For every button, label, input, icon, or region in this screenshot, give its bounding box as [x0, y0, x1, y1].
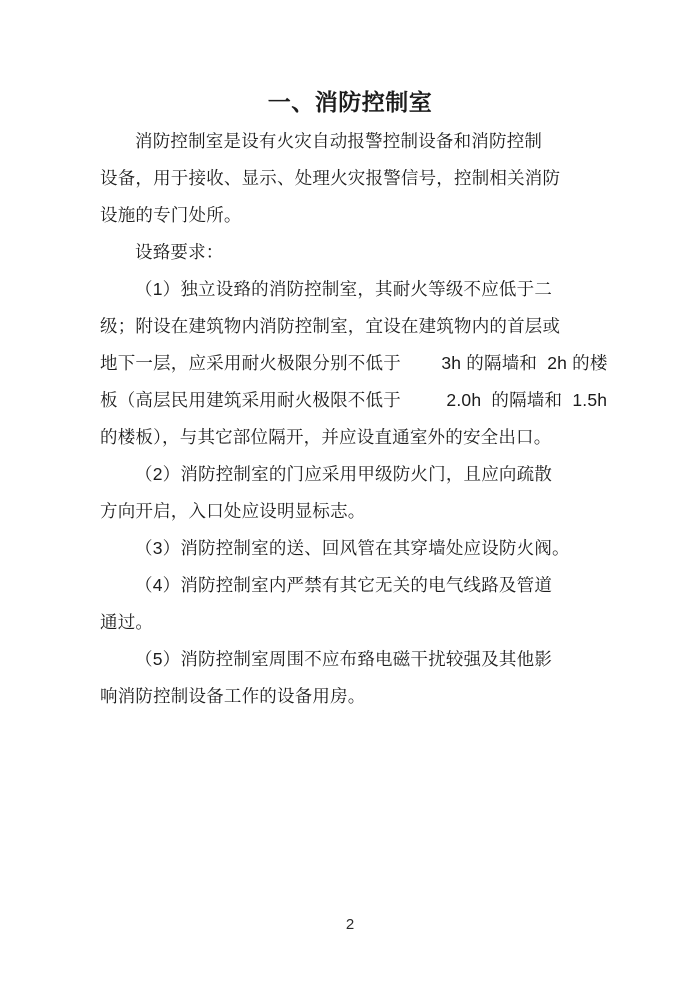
page-number: 2: [0, 916, 700, 933]
document-page: 一、消防控制室 消防控制室是设有火灾自动报警控制设备和消防控制设备，用于接收、显…: [0, 0, 700, 990]
text-line: （3）消防控制室的送、回风管在其穿墙处应设防火阀。: [100, 530, 600, 567]
text-line: 方向开启，入口处应设明显标志。: [100, 493, 600, 530]
text-line: （5）消防控制室周围不应布臵电磁干扰较强及其他影: [100, 641, 600, 678]
text-line: （2）消防控制室的门应采用甲级防火门，且应向疏散: [100, 456, 600, 493]
text-line: 设施的专门处所。: [100, 197, 600, 234]
text-line: 响消防控制设备工作的设备用房。: [100, 678, 600, 715]
text-line: 消防控制室是设有火灾自动报警控制设备和消防控制: [100, 123, 600, 160]
text-line: 设备，用于接收、显示、处理火灾报警信号，控制相关消防: [100, 160, 600, 197]
text-line: （4）消防控制室内严禁有其它无关的电气线路及管道: [100, 567, 600, 604]
text-line: 板（高层民用建筑采用耐火极限不低于 2.0h 的隔墙和 1.5h: [100, 382, 600, 419]
document-body: 消防控制室是设有火灾自动报警控制设备和消防控制设备，用于接收、显示、处理火灾报警…: [100, 123, 600, 715]
text-line: 的楼板），与其它部位隔开，并应设直通室外的安全出口。: [100, 419, 600, 456]
text-line: （1）独立设臵的消防控制室，其耐火等级不应低于二: [100, 271, 600, 308]
text-line: 通过。: [100, 604, 600, 641]
page-title: 一、消防控制室: [100, 87, 600, 118]
text-line: 级；附设在建筑物内消防控制室，宜设在建筑物内的首层或: [100, 308, 600, 345]
text-line: 设臵要求：: [100, 234, 600, 271]
text-line: 地下一层，应采用耐火极限分别不低于 3h 的隔墙和 2h 的楼: [100, 345, 600, 382]
